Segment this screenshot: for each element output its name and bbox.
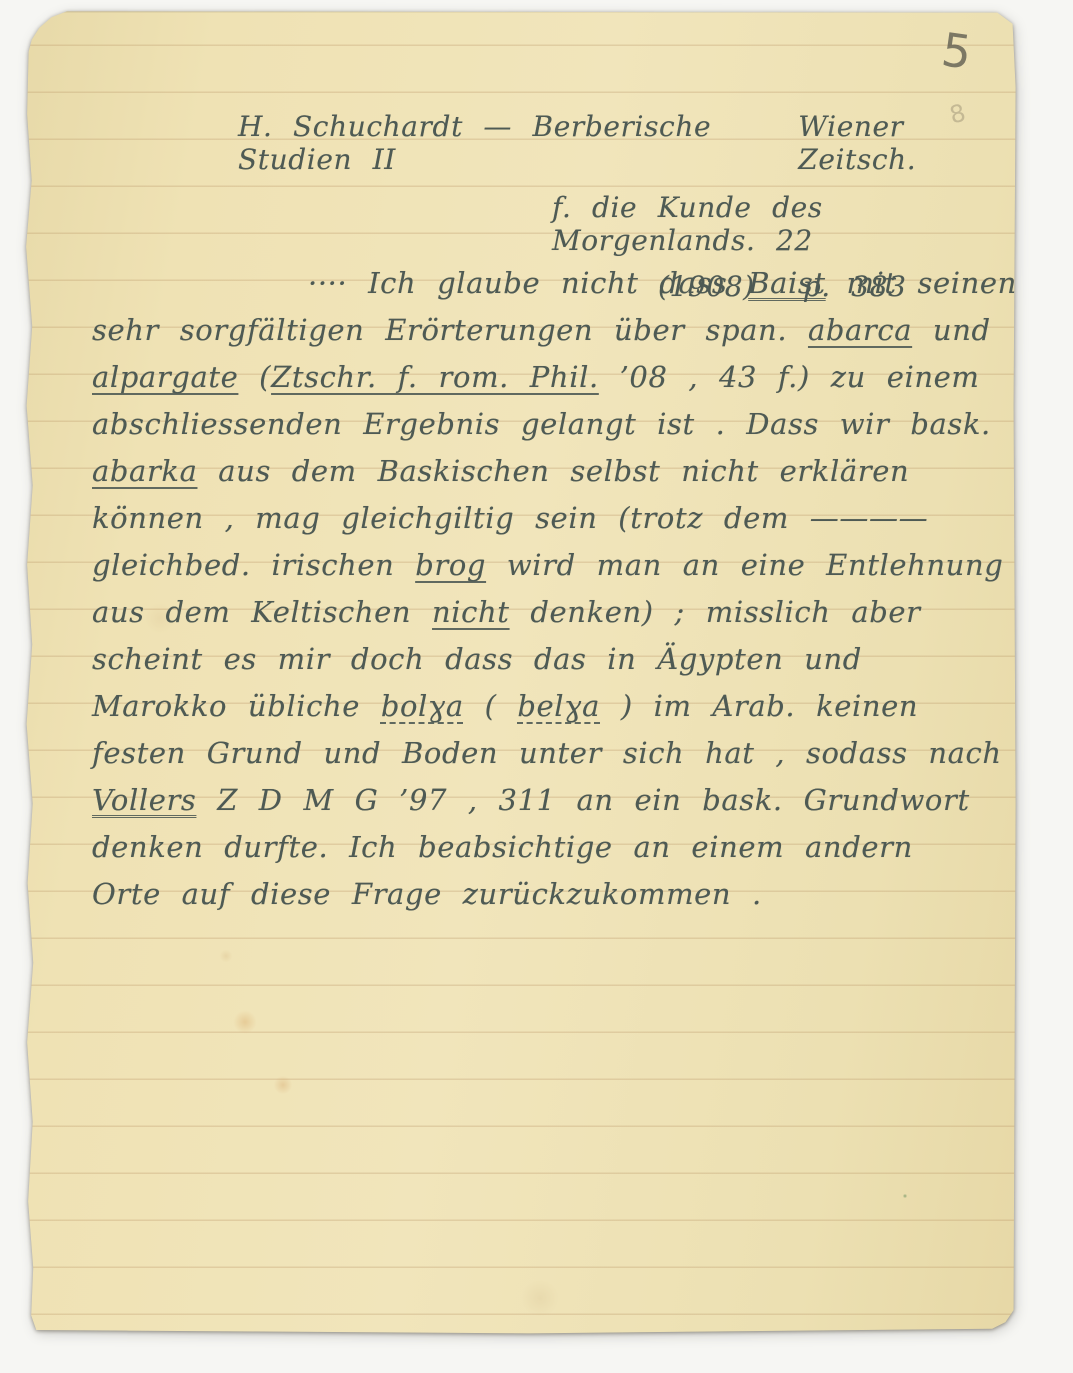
text-segment: wird man an eine Entlehnung (486, 548, 1003, 582)
underlined-word: abarca (808, 313, 912, 347)
handwritten-line: sehr sorgfältigen Erörterungen über span… (92, 307, 1010, 354)
citation-line-1: H. Schuchardt — Berberische Studien II W… (92, 110, 1008, 176)
underlined-word: belɣa (517, 689, 600, 723)
underlined-word: Baist (748, 266, 825, 300)
citation-journal: Wiener Zeitsch. (798, 110, 1008, 176)
text-segment: denken durfte. Ich beabsichtige an einem… (92, 830, 913, 864)
manuscript-page: 5 8 H. Schuchardt — Berberische Studien … (20, 8, 1038, 1334)
underlined-word: brog (415, 548, 486, 582)
text-segment: abschliessenden Ergebnis gelangt ist . D… (92, 407, 991, 441)
text-segment: und (912, 313, 991, 347)
underlined-word: Vollers (92, 783, 196, 817)
handwritten-line: alpargate (Ztschr. f. rom. Phil. ’08 , 4… (92, 354, 1010, 401)
text-segment: ( (238, 360, 271, 394)
handwritten-line: denken durfte. Ich beabsichtige an einem… (92, 824, 1010, 871)
text-segment: Z D M G ’97 , 311 an ein bask. Grundwort (196, 783, 969, 817)
text-segment: mit seinen (826, 266, 1017, 300)
handwritten-line: Marokko übliche bolɣa ( belɣa ) im Arab.… (92, 683, 1010, 730)
text-segment: Marokko übliche (92, 689, 381, 723)
text-segment: scheint es mir doch dass das in Ägypten … (92, 642, 862, 676)
text-segment: sehr sorgfältigen Erörterungen über span… (92, 313, 808, 347)
underlined-word: abarka (92, 454, 197, 488)
text-segment: festen Grund und Boden unter sich hat , … (92, 736, 1002, 770)
handwritten-line: festen Grund und Boden unter sich hat , … (92, 730, 1010, 777)
paper-sheet: 5 8 H. Schuchardt — Berberische Studien … (20, 8, 1038, 1334)
handwritten-line: aus dem Keltischen nicht denken) ; missl… (92, 589, 1010, 636)
handwritten-line: abschliessenden Ergebnis gelangt ist . D… (92, 401, 1010, 448)
text-segment: ( (464, 689, 518, 723)
text-segment: aus dem Baskischen selbst nicht erklären (197, 454, 909, 488)
handwritten-body: ···· Ich glaube nicht dass Baist mit sei… (92, 260, 1010, 918)
text-segment: ’08 , 43 f.) zu einem (599, 360, 980, 394)
text-segment: denken) ; misslich aber (510, 595, 921, 629)
text-segment: können , mag gleichgiltig sein (trotz de… (92, 501, 928, 535)
text-segment: gleichbed. irischen (92, 548, 415, 582)
handwritten-line: gleichbed. irischen brog wird man an ein… (92, 542, 1010, 589)
handwritten-line: ···· Ich glaube nicht dass Baist mit sei… (92, 260, 1010, 307)
underlined-word: alpargate (92, 360, 238, 394)
handwritten-line: abarka aus dem Baskischen selbst nicht e… (92, 448, 1010, 495)
handwritten-line: können , mag gleichgiltig sein (trotz de… (92, 495, 1010, 542)
underlined-word: bolɣa (381, 689, 464, 723)
text-segment: ···· Ich glaube nicht dass (308, 266, 748, 300)
handwritten-line: scheint es mir doch dass das in Ägypten … (92, 636, 1010, 683)
text-segment: ) im Arab. keinen (600, 689, 918, 723)
handwritten-line: Orte auf diese Frage zurückzukommen . (92, 871, 1010, 918)
underlined-word: Ztschr. f. rom. Phil. (271, 360, 599, 394)
text-segment: Orte auf diese Frage zurückzukommen . (92, 877, 762, 911)
text-segment: aus dem Keltischen (92, 595, 432, 629)
citation-line-2: f. die Kunde des Morgenlands. 22 (92, 191, 1008, 257)
underlined-word: nicht (432, 595, 510, 629)
handwritten-line: Vollers Z D M G ’97 , 311 an ein bask. G… (92, 777, 1010, 824)
citation-author-title: H. Schuchardt — Berberische Studien II (238, 110, 798, 176)
